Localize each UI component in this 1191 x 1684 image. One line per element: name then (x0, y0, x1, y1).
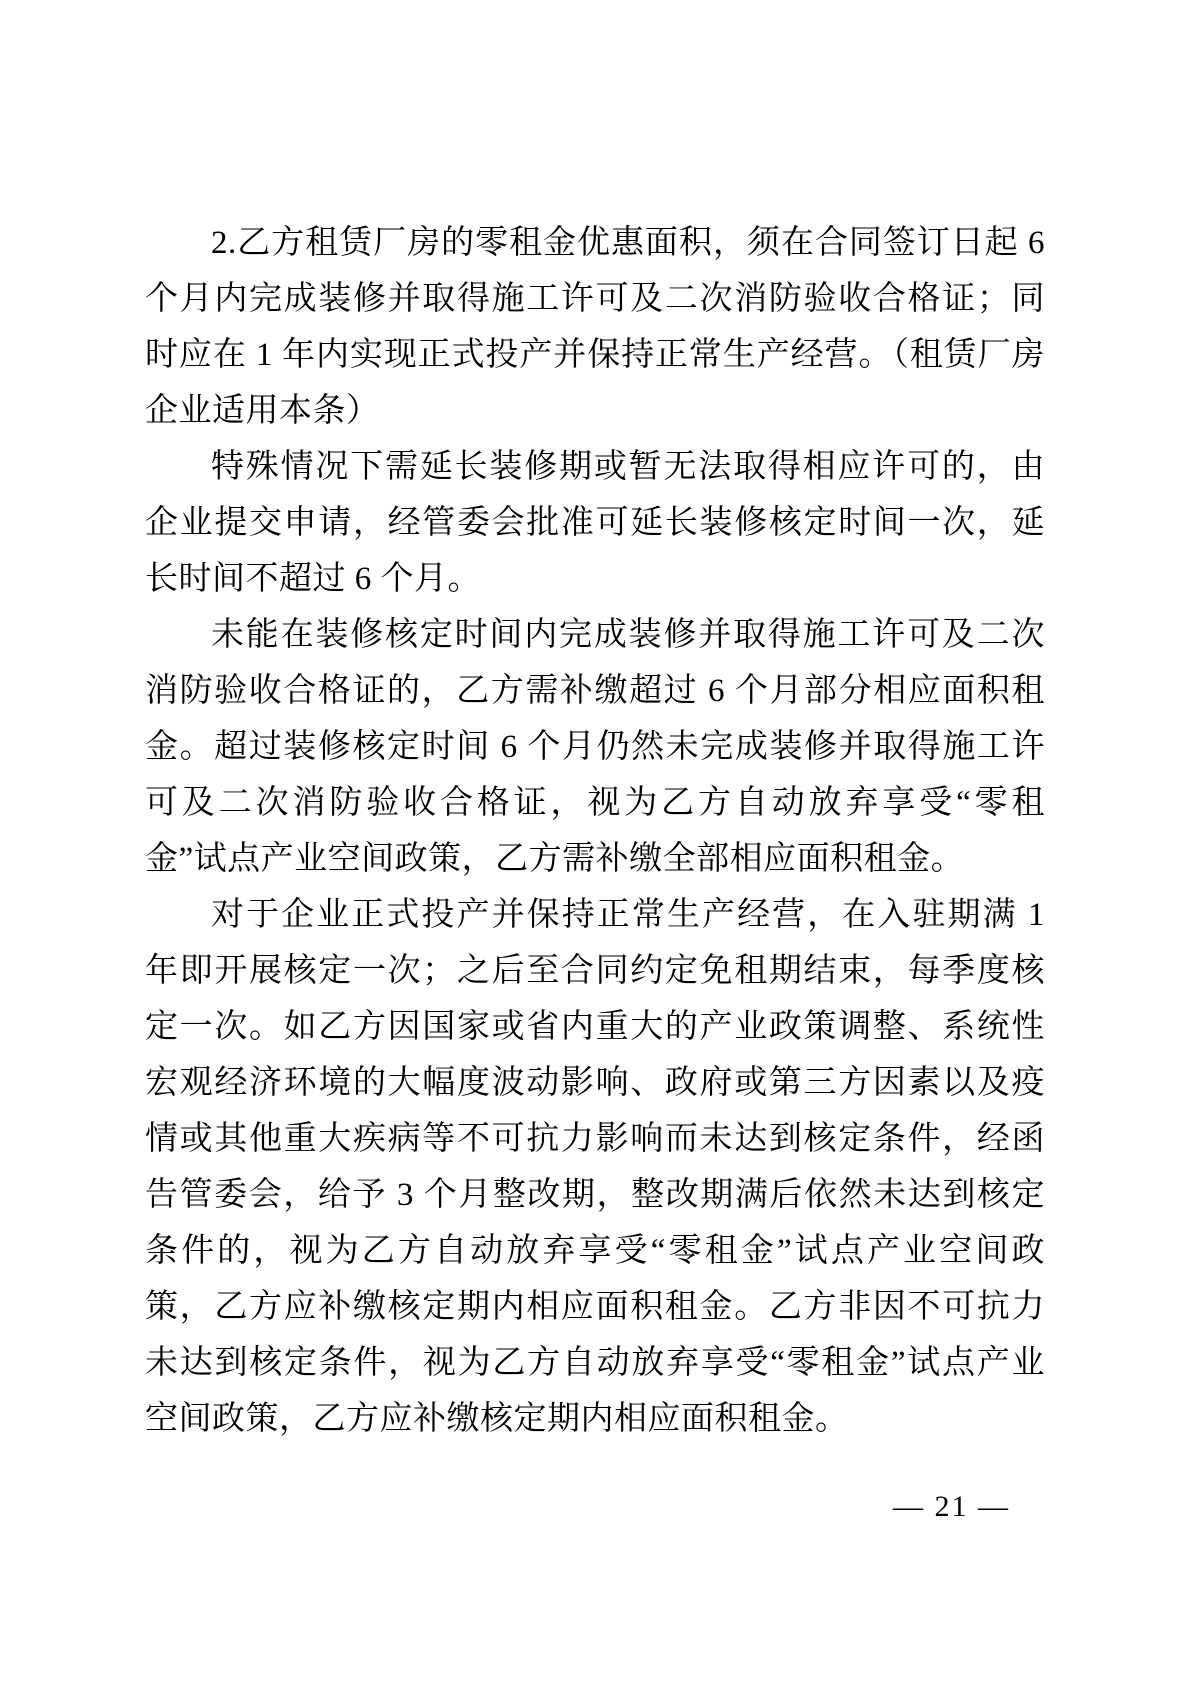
paragraph-assessment-rule: 对于企业正式投产并保持正常生产经营，在入驻期满 1 年即开展核定一次；之后至合同… (145, 887, 1045, 1447)
page-number: — 21 — (893, 1490, 1010, 1524)
paragraph-extension-rule: 特殊情况下需延长装修期或暂无法取得相应许可的，由企业提交申请，经管委会批准可延长… (145, 439, 1045, 607)
paragraph-clause-2: 2.乙方租赁厂房的零租金优惠面积，须在合同签订日起 6 个月内完成装修并取得施工… (145, 215, 1045, 439)
document-body: 2.乙方租赁厂房的零租金优惠面积，须在合同签订日起 6 个月内完成装修并取得施工… (145, 215, 1045, 1447)
paragraph-overdue-penalty: 未能在装修核定时间内完成装修并取得施工许可及二次消防验收合格证的，乙方需补缴超过… (145, 607, 1045, 887)
document-page: 2.乙方租赁厂房的零租金优惠面积，须在合同签订日起 6 个月内完成装修并取得施工… (0, 0, 1191, 1684)
